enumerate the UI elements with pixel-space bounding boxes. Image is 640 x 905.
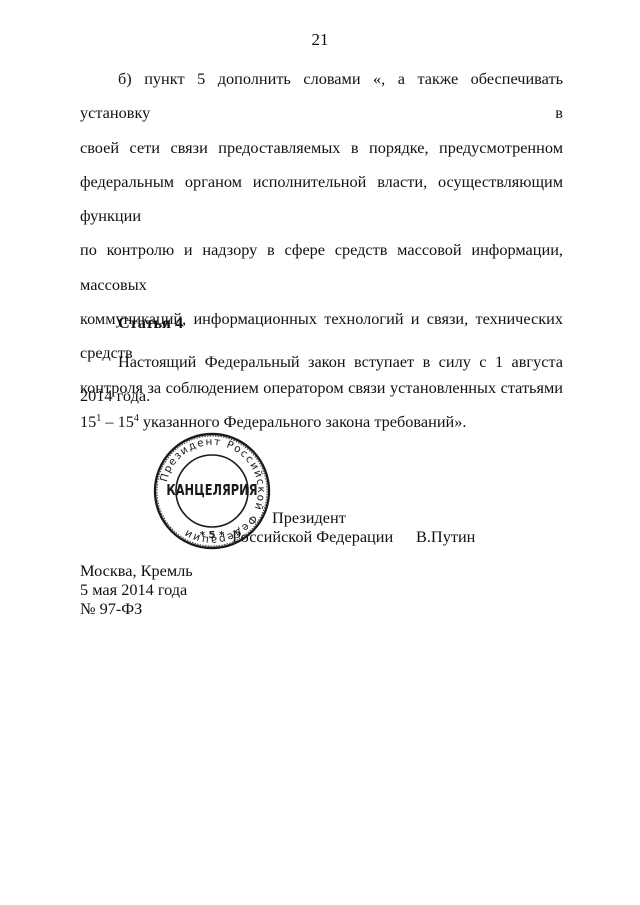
page-number: 21 (0, 30, 640, 50)
svg-text:КАНЦЕЛЯРИЯ: КАНЦЕЛЯРИЯ (166, 483, 257, 500)
signing-place: Москва, Кремль (80, 561, 193, 580)
signatory-title-line2: Российской Федерации (232, 527, 393, 547)
signatory-title-line1: Президент (272, 508, 346, 528)
text-line: федеральным органом исполнительной власт… (80, 165, 563, 234)
signatory-name: В.Путин (416, 527, 475, 547)
svg-text:* 5 *: * 5 * (200, 530, 225, 541)
article-heading: Статья 4 (118, 313, 183, 333)
text-line: своей сети связи предоставляемых в поряд… (80, 131, 563, 165)
text-line: по контролю и надзору в сфере средств ма… (80, 233, 563, 302)
text-line: б) пункт 5 дополнить словами «, а также … (80, 62, 563, 131)
law-number: № 97-ФЗ (80, 599, 193, 618)
text-line: Настоящий Федеральный закон вступает в с… (80, 345, 563, 379)
signing-date: 5 мая 2014 года (80, 580, 193, 599)
article-paragraph: Настоящий Федеральный закон вступает в с… (80, 345, 563, 414)
text-line: 2014 года. (80, 379, 563, 413)
place-date-block: Москва, Кремль 5 мая 2014 года № 97-ФЗ (80, 561, 193, 618)
